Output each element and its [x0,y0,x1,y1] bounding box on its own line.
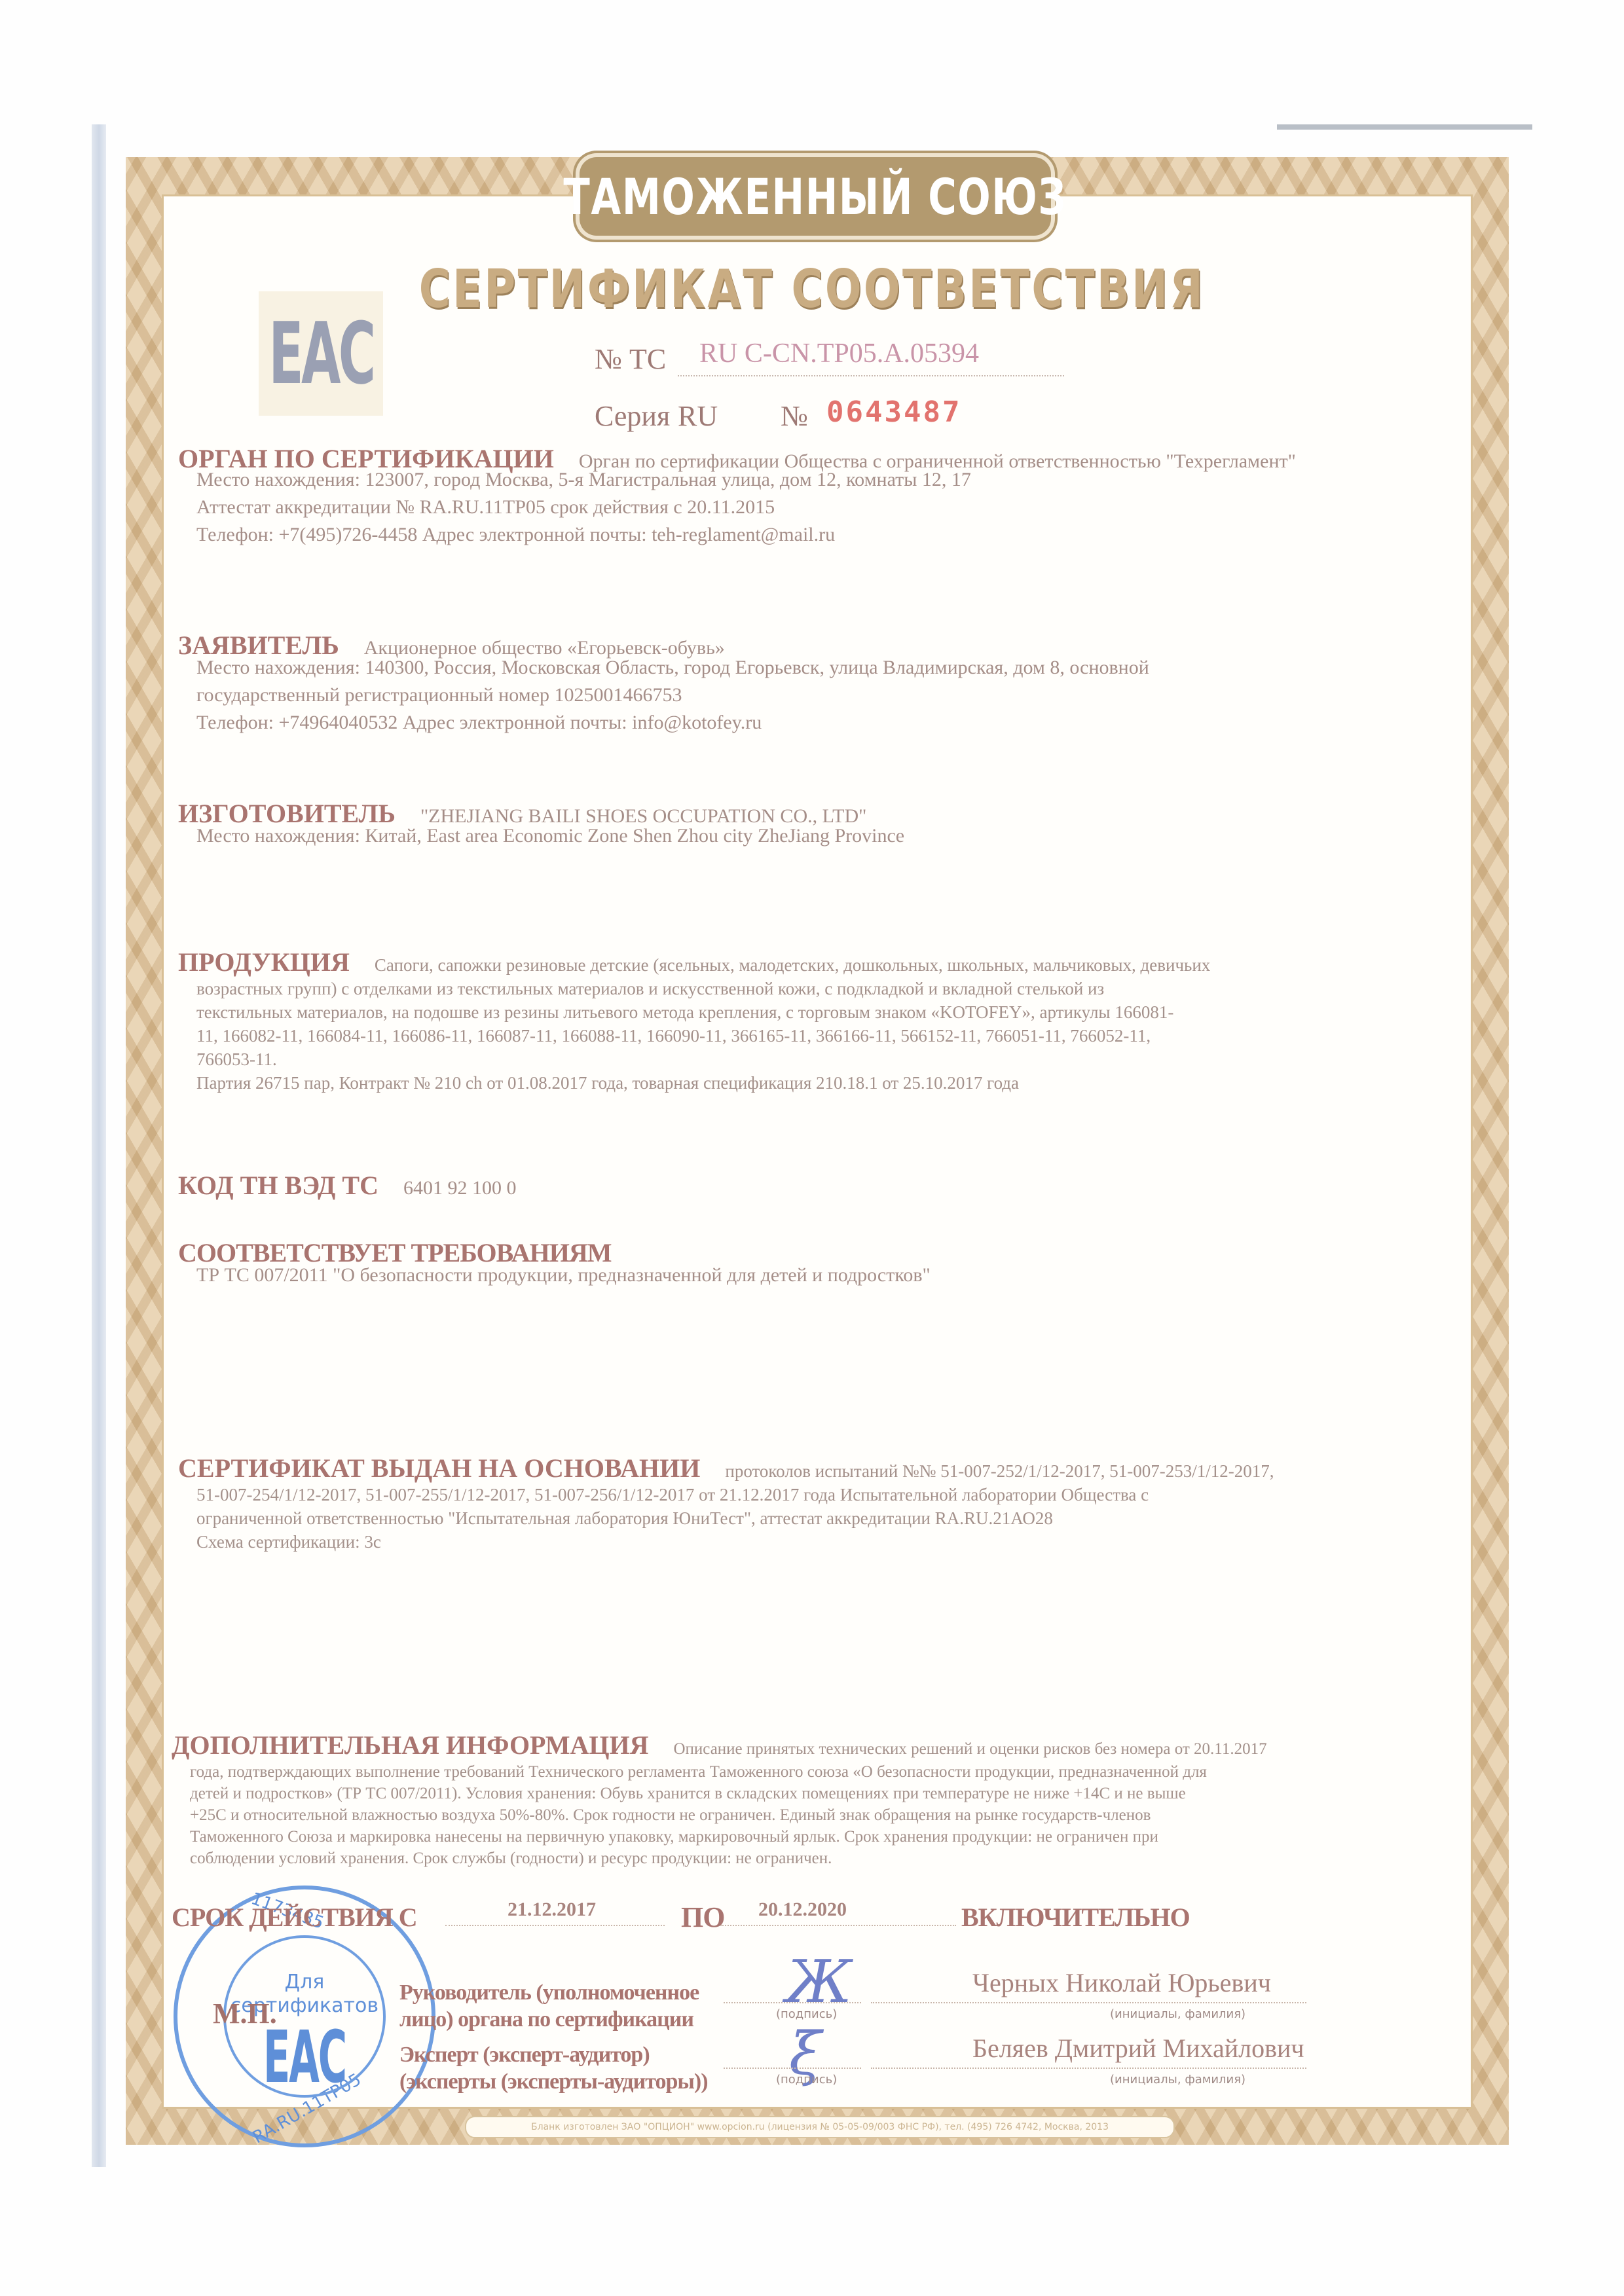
section-certification-body: ОРГАН ПО СЕРТИФИКАЦИИОрган по сертификац… [196,445,1434,549]
section-manufacturer: ИЗГОТОВИТЕЛЬ"ZHEJIANG BAILI SHOES OCCUPA… [196,800,1434,850]
additional-info-line: Описание принятых технических решений и … [673,1740,1266,1758]
additional-info-line: +25С и относительной влажностью воздуха … [190,1804,1441,1826]
section-product: ПРОДУКЦИЯСапоги, сапожки резиновые детск… [196,951,1434,1095]
applicant-address: Место нахождения: 140300, Россия, Москов… [196,654,1434,682]
printer-note: Бланк изготовлен ЗАО "ОПЦИОН" www.opcion… [531,2122,1109,2132]
signature-caption: (подпись) [776,2073,837,2086]
product-description-line: возрастных групп) с отделками из текстил… [196,977,1434,1000]
requirements-value: ТР ТС 007/2011 "О безопасности продукции… [196,1262,1434,1289]
product-heading: ПРОДУКЦИЯ [178,947,350,977]
certificate-number-underline [678,375,1064,376]
certificate-title: СЕРТИФИКАТ СООТВЕТСТВИЯ [0,259,1624,319]
validity-from-label: СРОК ДЕЙСТВИЯ С [172,1902,417,1933]
head-label: Руководитель (уполномоченное [399,1980,699,2005]
expert-name-line [871,2068,1306,2069]
name-caption: (инициалы, фамилия) [1110,2073,1246,2086]
customs-union-title: ТАМОЖЕННЫЙ СОЮЗ [564,168,1067,226]
certification-body-contacts: Телефон: +7(495)726-4458 Адрес электронн… [196,521,1434,549]
section-basis: СЕРТИФИКАТ ВЫДАН НА ОСНОВАНИИпротоколов … [196,1457,1434,1554]
additional-info-line: года, подтверждающих выполнение требован… [190,1761,1441,1783]
expert-name: Беляев Дмитрий Михайлович [972,2033,1304,2064]
validity-to-label: ПО [681,1901,724,1934]
manufacturer-address: Место нахождения: Китай, East area Econo… [196,822,1434,850]
eac-hologram-logo: EAC [259,291,383,416]
additional-info-heading: ДОПОЛНИТЕЛЬНАЯ ИНФОРМАЦИЯ [172,1730,648,1760]
basis-line: ограниченной ответственностью "Испытател… [196,1506,1434,1530]
validity-to-date: 20.12.2020 [758,1899,847,1921]
validity-from-underline [445,1925,665,1926]
series-value: RU [678,399,718,433]
hs-code-value: 6401 92 100 0 [403,1177,517,1199]
scan-edge-artifact [1277,124,1532,130]
signature-caption: (подпись) [776,2007,837,2021]
basis-line: 51-007-254/1/12-2017, 51-007-255/1/12-20… [196,1483,1434,1506]
name-caption: (инициалы, фамилия) [1110,2007,1246,2021]
validity-to-underline [720,1925,956,1926]
stamp-text: Для [226,1971,383,1994]
validity-from-date: 21.12.2017 [507,1899,596,1921]
basis-line: протоколов испытаний №№ 51-007-252/1/12-… [725,1461,1274,1481]
section-hs-code: КОД ТН ВЭД ТС6401 92 100 0 [196,1172,1434,1202]
section-applicant: ЗАЯВИТЕЛЬАкционерное общество «Егорьевск… [196,632,1434,737]
scan-edge-artifact [92,124,106,2167]
section-requirements: СООТВЕТСТВУЕТ ТРЕБОВАНИЯМ ТР ТС 007/2011… [196,1237,1434,1289]
certificate-number-label: № ТС [595,342,666,376]
head-label: лицо) органа по сертификации [399,2007,693,2032]
head-signature: Ж [786,1948,852,2016]
series-label: Серия [595,399,670,433]
product-description-line: 11, 166082-11, 166084-11, 166086-11, 166… [196,1024,1434,1048]
validity-inclusive-label: ВКЛЮЧИТЕЛЬНО [961,1902,1190,1933]
seal-place-label: М.П. [213,1997,277,2030]
section-additional-info: ДОПОЛНИТЕЛЬНАЯ ИНФОРМАЦИЯОписание принят… [190,1734,1441,1869]
product-description-line: Сапоги, сапожки резиновые детские (ясель… [375,955,1210,975]
product-batch: Партия 26715 пар, Контракт № 210 ch от 0… [196,1071,1434,1095]
eac-icon: EAC [268,304,373,403]
additional-info-line: детей и подростков» (ТР ТС 007/2011). Ус… [190,1783,1441,1804]
basis-heading: СЕРТИФИКАТ ВЫДАН НА ОСНОВАНИИ [178,1453,700,1483]
applicant-contacts: Телефон: +74964040532 Адрес электронной … [196,709,1434,737]
head-name: Черных Николай Юрьевич [972,1967,1271,1998]
blank-number-label: № [781,399,808,433]
product-description-line: текстильных материалов, на подошве из ре… [196,1000,1434,1024]
applicant-registration: государственный регистрационный номер 10… [196,682,1434,709]
certificate-number: RU C-CN.ТР05.А.05394 [699,338,979,369]
blank-number: 0643487 [826,395,961,429]
product-description-line: 766053-11. [196,1048,1434,1071]
hs-code-heading: КОД ТН ВЭД ТС [178,1171,378,1200]
expert-signature-line [724,2068,861,2069]
printer-note-strip: Бланк изготовлен ЗАО "ОПЦИОН" www.opcion… [465,2116,1175,2138]
customs-union-banner: ТАМОЖЕННЫЙ СОЮЗ [580,157,1051,236]
certification-body-accreditation: Аттестат аккредитации № RA.RU.11ТР05 сро… [196,494,1434,521]
additional-info-line: соблюдении условий хранения. Срок службы… [190,1848,1441,1869]
additional-info-line: Таможенного Союза и маркировка нанесены … [190,1826,1441,1848]
expert-label: Эксперт (эксперт-аудитор) [399,2043,650,2068]
certification-scheme: Схема сертификации: 3с [196,1530,1434,1554]
head-signature-line [724,2002,861,2003]
head-name-line [871,2002,1306,2003]
expert-label: (эксперты (эксперты-аудиторы)) [399,2069,708,2094]
